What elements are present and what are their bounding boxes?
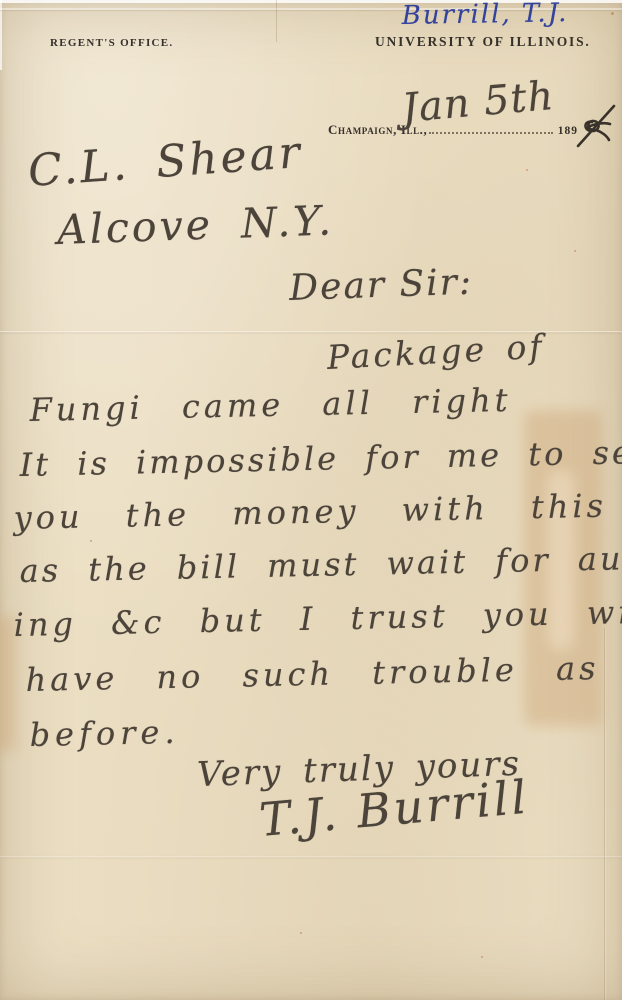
foxing-spot (526, 169, 528, 171)
body-line: Fungi came all right (29, 381, 512, 429)
recipient-address: Alcove N.Y. (56, 196, 334, 254)
recipient-name: C.L. Shear (26, 127, 304, 197)
archivist-annotation: Burrill, T.J. (401, 0, 568, 31)
year-strikeout-mark (574, 100, 620, 150)
body-line: you the money with this (13, 487, 607, 537)
letterhead-office: REGENT'S OFFICE. (50, 37, 173, 49)
paper-crease (0, 856, 622, 857)
paper-crease (276, 0, 277, 42)
foxing-spot (300, 932, 302, 934)
body-line: have no such trouble as (25, 649, 600, 699)
paper-crease (604, 628, 605, 1000)
foxing-spot (481, 956, 483, 958)
body-line: Package of (326, 327, 546, 377)
foxing-spot (611, 12, 614, 15)
letterhead-university: UNIVERSITY OF ILLINOIS. (375, 34, 591, 50)
foxing-spot (574, 250, 576, 252)
scan-edge-left (0, 0, 2, 70)
body-line: before. (29, 713, 180, 754)
letter-page: Burrill, T.J. REGENT'S OFFICE. UNIVERSIT… (0, 0, 622, 1000)
salutation: Dear Sir: (289, 262, 474, 309)
foxing-spot (90, 540, 92, 542)
